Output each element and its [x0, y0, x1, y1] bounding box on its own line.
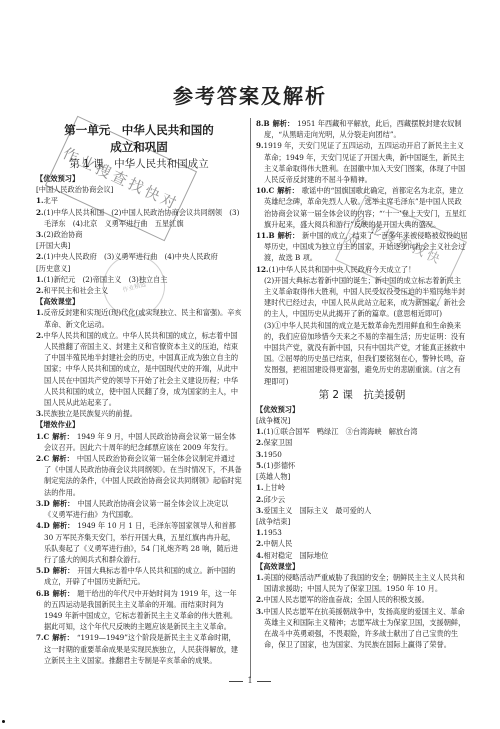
item-number: 2.C	[36, 454, 49, 463]
item-number: 2.	[256, 495, 264, 504]
list-item: 3.爱国主义 国际主义 最可爱的人	[256, 505, 468, 516]
list-item: 3.(2)政治协商	[36, 229, 242, 240]
analysis-label: 解析：	[53, 521, 75, 530]
item-number: 3.	[256, 607, 264, 616]
item-number: 2.	[256, 595, 264, 604]
analysis-label: 解析：	[52, 432, 74, 441]
analysis-label: 解析：	[278, 231, 300, 240]
section-heading: 【高效课堂】	[36, 296, 242, 307]
list-item: 4.相对稳定 国际地位	[256, 550, 468, 561]
scan-dot	[2, 720, 5, 723]
page-number-value: 1	[247, 676, 252, 685]
item-number: 6.B	[36, 589, 50, 598]
right-answer-list-bottom: 【优效预习】[战争概况]1.(1)①联合国军 鸭绿江 ③台湾海峡 解放台湾2.保…	[256, 404, 468, 650]
list-item: 2.(1)中华人民共和国 (2)中国人民政治协商会议共同纲领 (3)毛泽东 (4…	[36, 207, 242, 229]
item-number: 2.	[36, 252, 44, 261]
list-item: 2.中朝人民	[256, 538, 468, 549]
answer-item: 8.B解析：1951 年西藏和平解放，此后，西藏摆脱封建农奴制度，“从黑暗走向光…	[256, 118, 468, 140]
item-number: 8.B	[256, 119, 270, 128]
item-number: 2.	[256, 438, 264, 447]
list-item: 2.中华人民共和国的成立。中华人民共和国的成立，标志着中国人民推翻了帝国主义、封…	[36, 330, 242, 408]
unit-title-line1: 第一单元 中华人民共和国的	[36, 122, 242, 139]
subsection-heading: [历史意义]	[36, 263, 242, 274]
item-number: 3.	[256, 450, 264, 459]
item-number: 3.	[36, 409, 44, 418]
item-number: 1.	[36, 308, 44, 317]
answer-item: 3.D解析：中国人民政治协商会议第一届全体会议上决定以《义勇军进行曲》为代国歌。	[36, 498, 242, 520]
right-column: 8.B解析：1951 年西藏和平解放，此后，西藏摆脱封建农奴制度，“从黑暗走向光…	[256, 118, 468, 650]
list-item: 1.(1)①联合国军 鸭绿江 ③台湾海峡 解放台湾	[256, 426, 468, 437]
item-text: 中国人民志愿军在抗美援朝战争中，发扬高度的爱国主义、革命英雄主义和国际主义精神；…	[264, 607, 466, 650]
item-text: (1)中华人民共和国中央人民政府今天成立了！	[269, 265, 416, 274]
list-item: 1.1953	[256, 527, 468, 538]
section-heading: 【高效课堂】	[256, 561, 468, 572]
lesson-2-title: 第 2 课 抗美援朝	[256, 387, 468, 403]
answer-item: 6.B解析：题干给出的年代尺中开始时间为 1919 年，这一年的五四运动是我国新…	[36, 588, 242, 633]
item-text: 中朝人民	[264, 539, 293, 548]
item-text: 反帝反封建和实现近(现)代化(或实现独立、民主和富强)。辛亥革命、新文化运动。	[44, 308, 242, 328]
right-answer-list-top: 8.B解析：1951 年西藏和平解放，此后，西藏摆脱封建农奴制度，“从黑暗走向光…	[256, 118, 468, 387]
list-item: 1.北平	[36, 195, 242, 206]
section-heading: 【优效预习】	[36, 173, 242, 184]
list-item: 1.美国的侵略活动严重威胁了我国的安全；朝鲜民主主义人民共和国请求援助；中国人民…	[256, 572, 468, 594]
column-divider	[250, 118, 251, 678]
item-text: (1)①联合国军 鸭绿江 ③台湾海峡 解放台湾	[264, 427, 418, 436]
list-item: 2.(1)中央人民政府 (3)义勇军进行曲 (4)中央人民政府	[36, 251, 242, 262]
item-number: 3.	[36, 230, 44, 239]
list-item: 5.(1)彭德怀	[256, 460, 468, 471]
analysis-label: 解析：	[53, 589, 75, 598]
item-text: 中华人民共和国的成立。中华人民共和国的成立，标志着中国人民推翻了帝国主义、封建主…	[44, 331, 239, 407]
item-number: 2.	[36, 208, 44, 217]
page-title: 参考答案及解析	[0, 80, 500, 109]
item-text: 和平民主和社会主义	[44, 286, 109, 295]
list-item: 3.民族独立是民族复兴的前提。	[36, 408, 242, 419]
item-number: 2.	[36, 331, 44, 340]
item-text: 民族独立是民族复兴的前提。	[44, 409, 137, 418]
item-number: 7.C	[36, 633, 49, 642]
item-text: 上甘岭	[264, 483, 286, 492]
answer-item: 5.D解析：开国大典标志着中华人民共和国的成立。新中国的成立，开辟了中国历史新纪…	[36, 565, 242, 587]
list-item: 3.1950	[256, 449, 468, 460]
item-text: 爱国主义 国际主义 最可爱的人	[264, 506, 372, 515]
list-item: 1.反帝反封建和实现近(现)代化(或实现独立、民主和富强)。辛亥革命、新文化运动…	[36, 307, 242, 329]
analysis-label: 解析：	[273, 119, 295, 128]
answer-item: 2.C解析：中国人民政治协商会议第一届全体会议制定并通过了《中国人民政治协商会议…	[36, 453, 242, 498]
unit-title-line2: 成立和巩固	[36, 139, 242, 156]
item-number: 12.	[256, 265, 269, 274]
item-number: 1.C	[36, 432, 49, 441]
page-number-dash-left	[229, 681, 243, 682]
lesson-1-title: 第 1 课 中华人民共和国成立	[36, 156, 242, 172]
item-text: 1950	[264, 450, 282, 459]
left-column: 第一单元 中华人民共和国的 成立和巩固 第 1 课 中华人民共和国成立 【优效预…	[36, 118, 242, 666]
item-number: 4.D	[36, 521, 50, 530]
item-text: 北平	[44, 196, 58, 205]
section-heading: 【增效作业】	[36, 419, 242, 430]
list-item: 9.1919 年，天安门见证了五四运动，五四运动开启了新民主主义革命；1949 …	[256, 140, 468, 185]
subsection-heading: [开国大典]	[36, 240, 242, 251]
analysis-label: 解析：	[277, 186, 299, 195]
answer-paragraph: (3)①中华人民共和国的成立是无数革命先烈用鲜血和生命换来的，我们应倍加珍惜今天…	[256, 320, 468, 387]
list-item: 2.邱少云	[256, 494, 468, 505]
item-number: 5.	[256, 461, 264, 470]
left-answer-list: 【优效预习】[中国人民政治协商会议]1.北平2.(1)中华人民共和国 (2)中国…	[36, 173, 242, 666]
item-text: 保家卫国	[264, 438, 293, 447]
list-item: 2.中国人民志愿军的浴血奋战；全国人民的积极支援。	[256, 594, 468, 605]
analysis-label: 解析：	[52, 633, 74, 642]
item-text: 邱少云	[264, 495, 286, 504]
answer-item: 10.C解析：歌谣中的“国旗国歌此确定，首都定名为北京，建立英雄纪念碑，革命先烈…	[256, 185, 468, 230]
list-item: 12.(1)中华人民共和国中央人民政府今天成立了！	[256, 264, 468, 275]
item-number: 3.D	[36, 499, 50, 508]
subsection-heading: [战争概况]	[256, 415, 468, 426]
list-item: 1.上甘岭	[256, 482, 468, 493]
item-number: 9.	[256, 141, 264, 150]
item-number: 1.	[36, 275, 44, 284]
answer-item: 1.C解析：1949 年 9 月，中国人民政治协商会议第一届全体会议召开。因此六…	[36, 431, 242, 453]
answer-paragraph: (2)开国大典标志着新中国的诞生；新中国的成立标志着新民主主义革命取得伟大胜利，…	[256, 275, 468, 320]
item-number: 10.C	[256, 186, 274, 195]
page-number-dash-right	[257, 681, 271, 682]
answer-item: 11.B解析：新中国的成立，结束了一百多年来被侵略被奴役的屈辱历史，中国成为独立…	[256, 230, 468, 264]
analysis-label: 解析：	[53, 499, 75, 508]
item-text: 1919 年，天安门见证了五四运动，五四运动开启了新民主主义革命；1949 年，…	[264, 141, 466, 184]
list-item: 3.中国人民志愿军在抗美援朝战争中，发扬高度的爱国主义、革命英雄主义和国际主义精…	[256, 606, 468, 651]
item-number: 2.	[256, 539, 264, 548]
item-text: 中国人民志愿军的浴血奋战；全国人民的积极支援。	[264, 595, 429, 604]
item-number: 3.	[256, 506, 264, 515]
list-item: 2.保家卫国	[256, 437, 468, 448]
section-heading: 【优效预习】	[256, 404, 468, 415]
item-number: 1.	[256, 427, 264, 436]
item-number: 1.	[256, 528, 264, 537]
item-number: 5.D	[36, 566, 50, 575]
answer-item: 4.D解析：1949 年 10 月 1 日，毛泽东等国家领导人和首都 30 万军…	[36, 520, 242, 565]
answer-item: 7.C解析：“1919—1949”这个阶段是新民主主义革命时期，这一时期的重要革…	[36, 632, 242, 666]
item-number: 1.	[256, 483, 264, 492]
item-text: (1)中央人民政府 (3)义勇军进行曲 (4)中央人民政府	[44, 252, 218, 261]
item-text: 美国的侵略活动严重威胁了我国的安全；朝鲜民主主义人民共和国请求援助；中国人民为了…	[264, 573, 465, 593]
item-number: 1.	[256, 573, 264, 582]
analysis-label: 解析：	[53, 566, 75, 575]
item-number: 1.	[36, 196, 44, 205]
item-text: 相对稳定 国际地位	[264, 551, 329, 560]
unit-title: 第一单元 中华人民共和国的 成立和巩固	[36, 122, 242, 156]
item-text: 1953	[264, 528, 282, 537]
item-text: (1)新纪元 (2)帝国主义 (3)独立自主	[44, 275, 168, 284]
analysis-label: 解析：	[52, 454, 74, 463]
page-number: 1	[0, 676, 500, 685]
list-item: 2.和平民主和社会主义	[36, 285, 242, 296]
item-number: 2.	[36, 286, 44, 295]
item-number: 11.B	[256, 231, 275, 240]
subsection-heading: [中国人民政治协商会议]	[36, 184, 242, 195]
item-text: (1)彭德怀	[264, 461, 296, 470]
subsection-heading: [英雄人物]	[256, 471, 468, 482]
subsection-heading: [战争结束]	[256, 516, 468, 527]
item-text: (2)政治协商	[44, 230, 83, 239]
item-text: (1)中华人民共和国 (2)中国人民政治协商会议共同纲领 (3)毛泽东 (4)北…	[44, 208, 240, 228]
list-item: 1.(1)新纪元 (2)帝国主义 (3)独立自主	[36, 274, 242, 285]
item-number: 4.	[256, 551, 264, 560]
